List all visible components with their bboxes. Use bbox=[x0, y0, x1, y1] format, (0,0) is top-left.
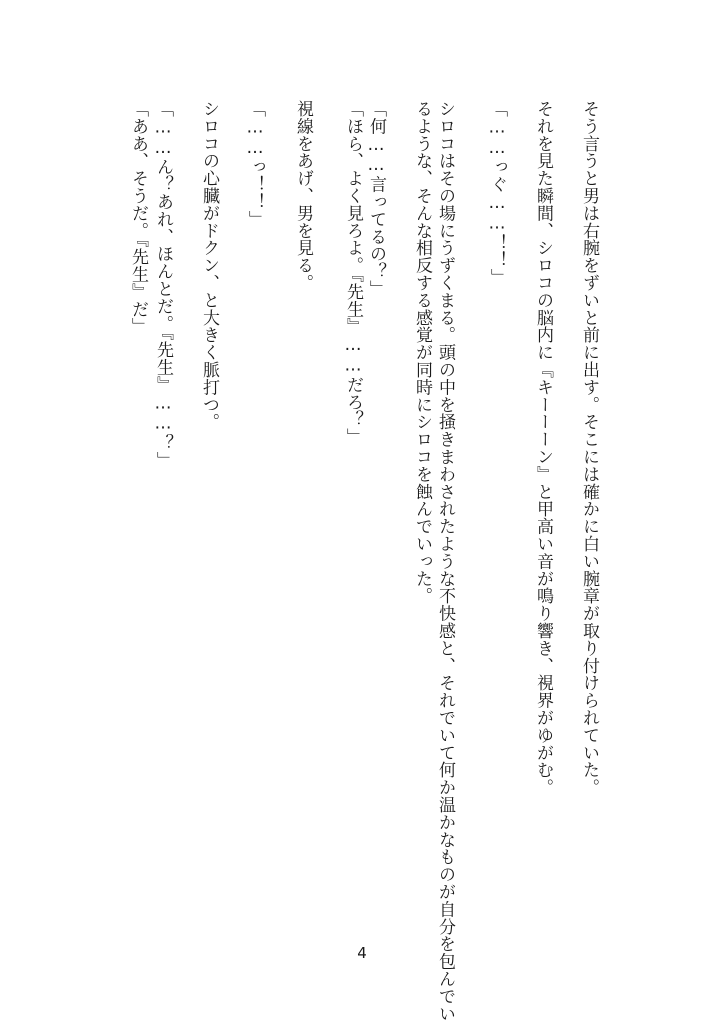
document-page: そう言うと男は右腕をずいと前に出す。そこには確かに白い腕章が取り付けられていた。… bbox=[0, 0, 723, 1024]
text-line: それを見た瞬間、シロコの脳内に『キーーーン』と甲高い音が鳴り響き、視界がゆがむ。 bbox=[532, 100, 554, 796]
text-line: 視線をあげ、男を見る。 bbox=[292, 100, 314, 291]
dialogue-line: 「何……言ってるの？」 bbox=[365, 100, 387, 297]
dialogue-line: 「ほら、よく見ろよ。『先生』……だろ？」 bbox=[342, 100, 364, 446]
text-line: シロコはその場にうずくまる。頭の中を掻きまわされたような不快感と、それでいて何か… bbox=[434, 100, 456, 1022]
dialogue-line: 「……っぐ……！！」 bbox=[486, 100, 508, 286]
text-line-continuation: るような、そんな相反する感覚が同時にシロコを蝕んでいった。 bbox=[411, 100, 433, 605]
text-line: そう言うと男は右腕をずいと前に出す。そこには確かに白い腕章が取り付けられていた。 bbox=[578, 100, 600, 796]
text-line: シロコの心臓がドクン、と大きく脈打つ。 bbox=[198, 100, 220, 431]
dialogue-line: 「……ん？あれ、ほんとだ。『先生』……？」 bbox=[152, 100, 174, 469]
page-number: 4 bbox=[352, 944, 372, 962]
dialogue-line: 「……っ！！」 bbox=[244, 100, 266, 228]
dialogue-line: 「ああ、そうだ。『先生』だ」 bbox=[127, 100, 149, 335]
